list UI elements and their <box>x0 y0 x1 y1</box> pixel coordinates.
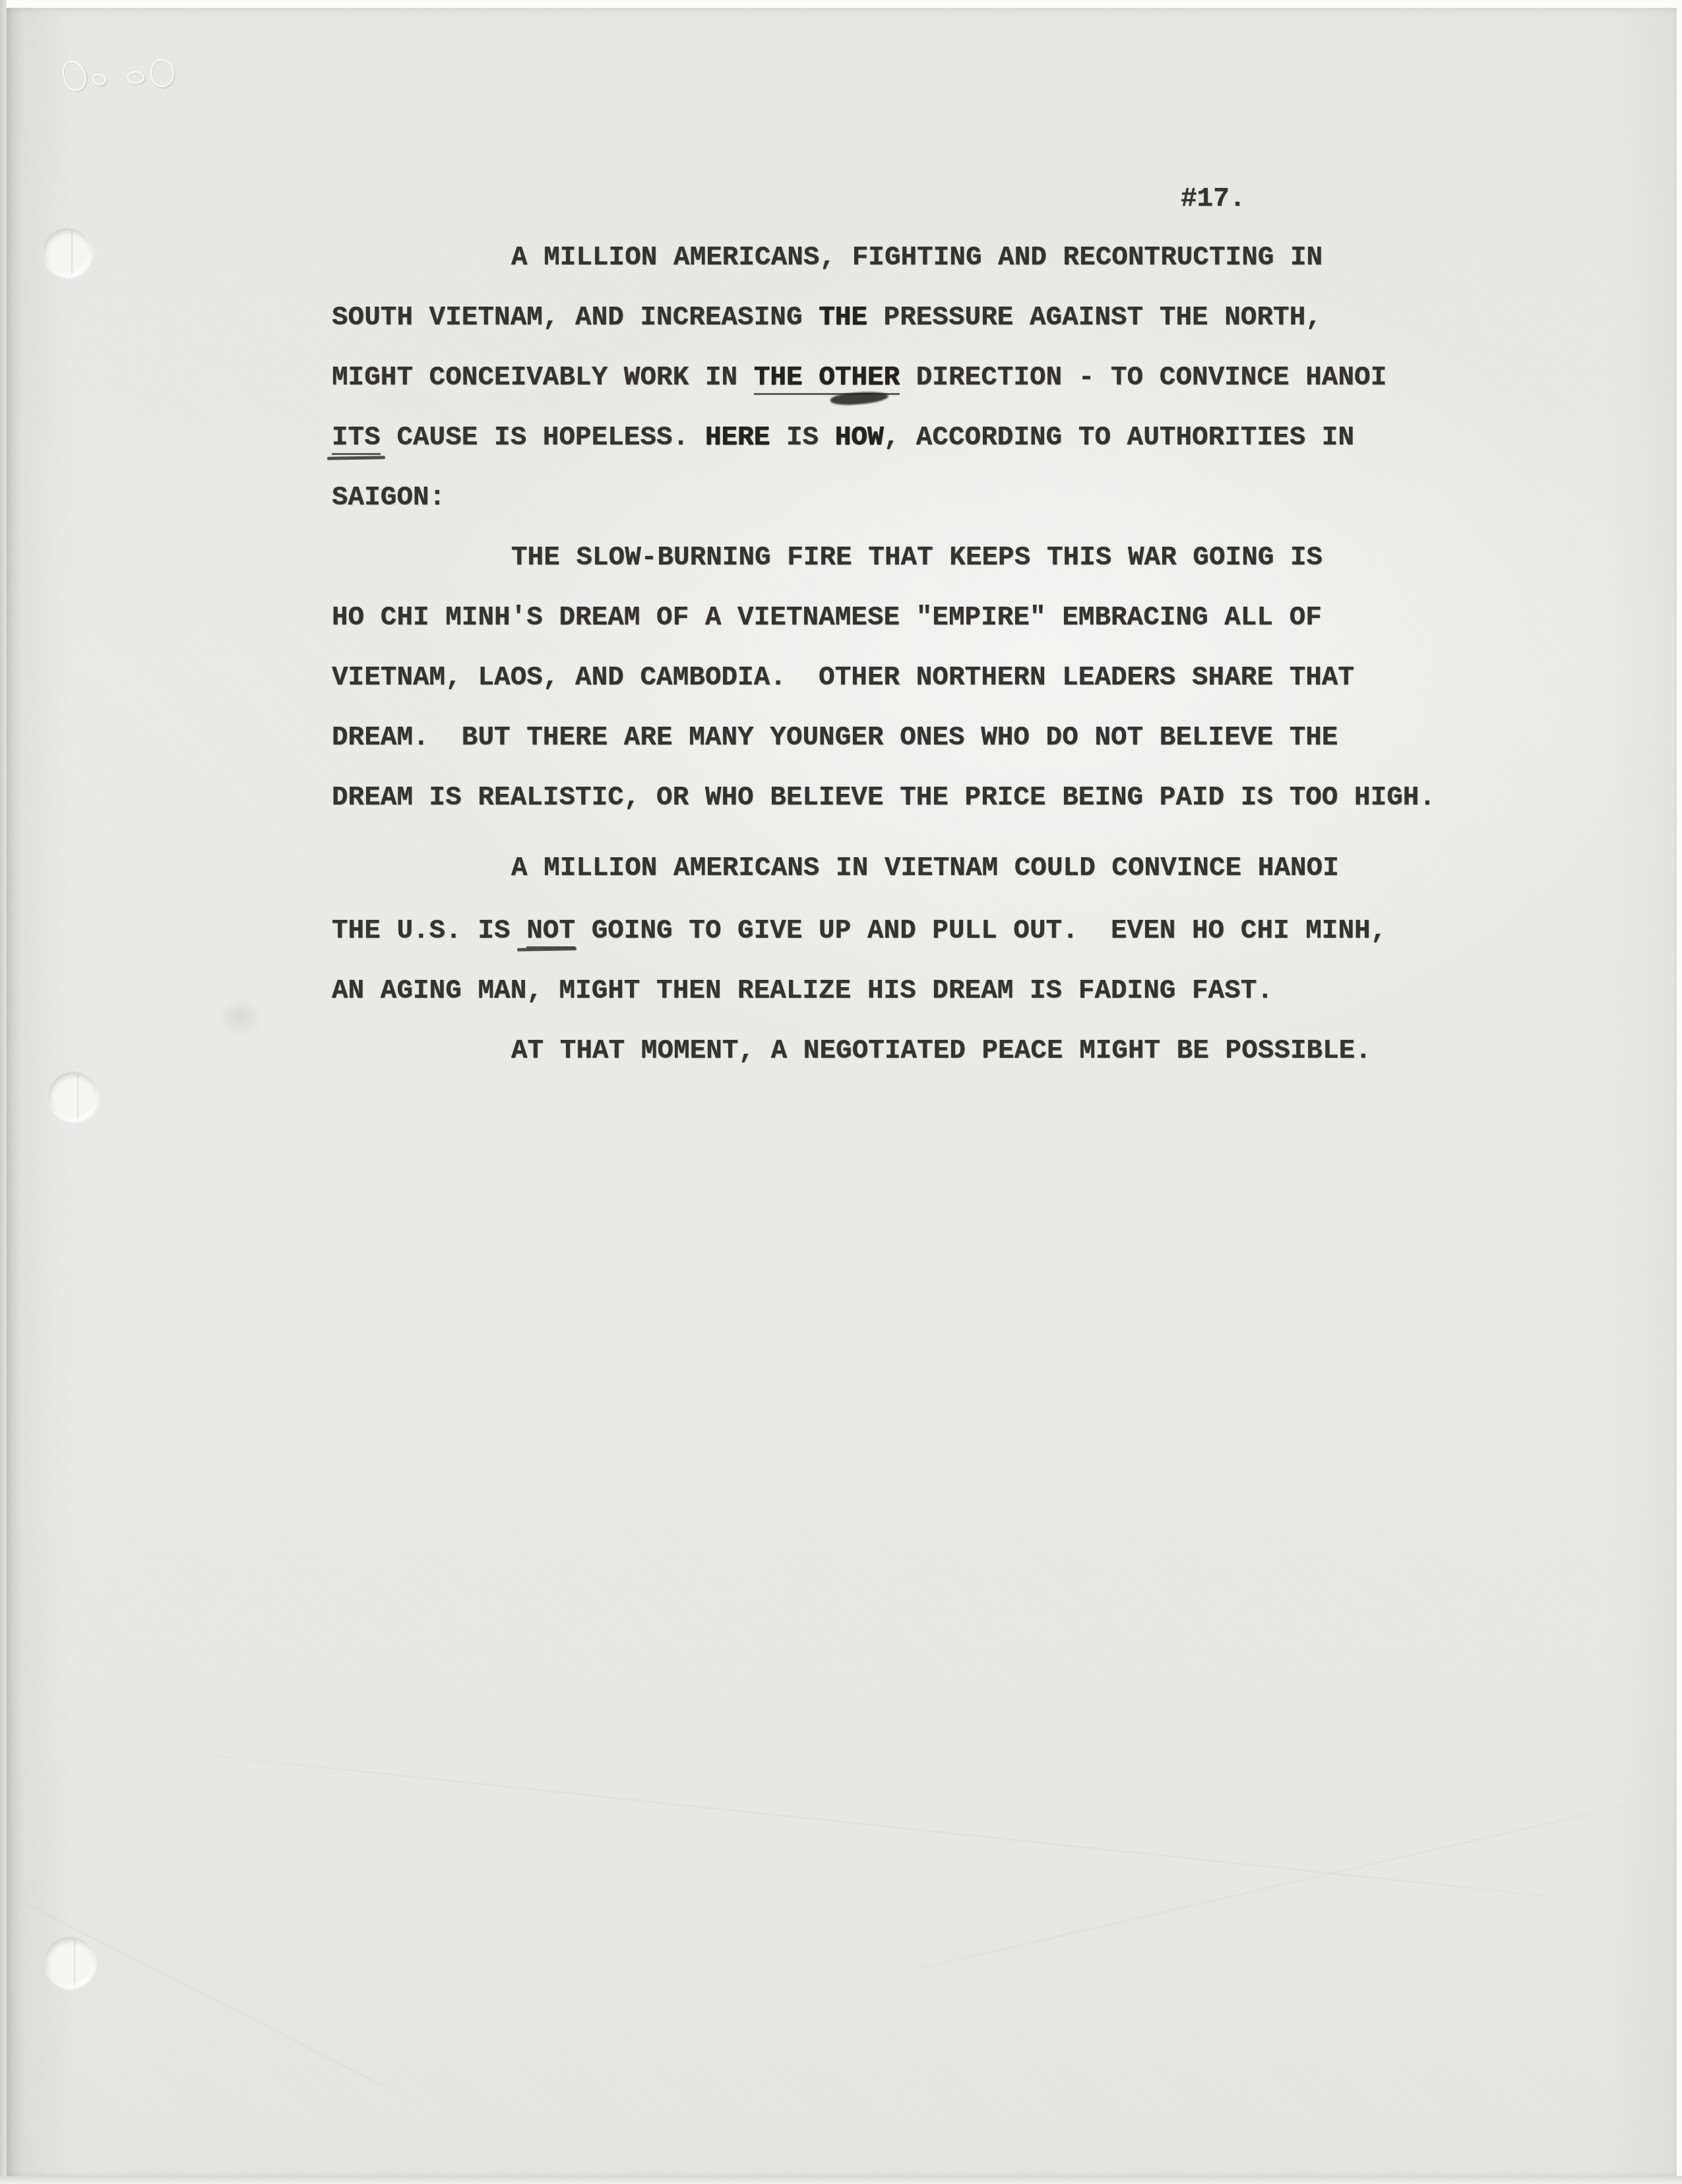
typescript-word-ul: ITS <box>332 423 381 455</box>
gray-smudge <box>216 997 264 1038</box>
typescript-text: AT THAT MOMENT, A NEGOTIATED PEACE MIGHT… <box>511 1036 1371 1066</box>
punch-hole <box>44 1937 96 1988</box>
typescript-text: MIGHT CONCEIVABLY WORK IN <box>332 363 754 393</box>
typescript-text: DREAM. BUT THERE ARE MANY YOUNGER ONES W… <box>332 723 1338 753</box>
typescript-text: , ACCORDING TO AUTHORITIES IN <box>884 423 1355 453</box>
typescript-line: SOUTH VIETNAM, AND INCREASING THE PRESSU… <box>332 305 1322 332</box>
typescript-text: VIETNAM, LAOS, AND CAMBODIA. OTHER NORTH… <box>332 663 1354 693</box>
typescript-text: IS <box>770 423 834 453</box>
typescript-text: SOUTH VIETNAM, AND INCREASING <box>332 303 819 333</box>
punch-hole <box>48 1072 98 1122</box>
typescript-line: DREAM. BUT THERE ARE MANY YOUNGER ONES W… <box>332 725 1338 752</box>
typescript-line: A MILLION AMERICANS IN VIETNAM COULD CON… <box>511 855 1339 882</box>
typescript-line: THE SLOW-BURNING FIRE THAT KEEPS THIS WA… <box>511 545 1323 572</box>
paper-sheet <box>7 8 1677 2180</box>
scan-left-edge-shadow <box>0 0 7 2184</box>
typescript-word-ul: NOT <box>526 916 575 948</box>
typescript-text: AN AGING MAN, MIGHT THEN REALIZE HIS DRE… <box>332 976 1273 1006</box>
typescript-line: SAIGON: <box>332 485 445 512</box>
typescript-word-heavy: HOW <box>835 423 884 453</box>
typescript-text: GOING TO GIVE UP AND PULL OUT. EVEN HO C… <box>575 916 1386 946</box>
typescript-text: PRESSURE AGAINST THE NORTH, <box>867 303 1322 333</box>
typescript-line: ITS CAUSE IS HOPELESS. HERE IS HOW, ACCO… <box>332 425 1354 452</box>
typescript-text: THE SLOW-BURNING FIRE THAT KEEPS THIS WA… <box>511 543 1323 573</box>
typescript-text: SAIGON: <box>332 483 445 513</box>
typescript-word-heavy-ul: THE OTHER <box>754 363 900 395</box>
typescript-text: THE U.S. IS <box>332 916 526 946</box>
typescript-line: AT THAT MOMENT, A NEGOTIATED PEACE MIGHT… <box>511 1038 1371 1065</box>
typescript-text: A MILLION AMERICANS, FIGHTING AND RECONT… <box>511 243 1323 273</box>
typescript-line: A MILLION AMERICANS, FIGHTING AND RECONT… <box>511 245 1323 272</box>
typescript-text: DREAM IS REALISTIC, OR WHO BELIEVE THE P… <box>332 783 1435 813</box>
typescript-line: DREAM IS REALISTIC, OR WHO BELIEVE THE P… <box>332 785 1435 812</box>
page-number: #17. <box>1181 186 1245 213</box>
typescript-text: A MILLION AMERICANS IN VIETNAM COULD CON… <box>511 853 1339 884</box>
typescript-text: CAUSE IS HOPELESS. <box>381 423 705 453</box>
typescript-word-heavy: HERE <box>705 423 770 453</box>
typescript-word-heavy: THE <box>819 303 867 333</box>
typescript-line: THE U.S. IS NOT GOING TO GIVE UP AND PUL… <box>332 918 1386 945</box>
typescript-line: AN AGING MAN, MIGHT THEN REALIZE HIS DRE… <box>332 978 1273 1005</box>
punch-hole <box>43 228 92 277</box>
typescript-text: DIRECTION - TO CONVINCE HANOI <box>900 363 1386 393</box>
scan-bottom-edge-shadow <box>0 2176 1682 2184</box>
scanned-document-page: #17. A MILLION AMERICANS, FIGHTING AND R… <box>0 0 1682 2184</box>
typescript-text: HO CHI MINH'S DREAM OF A VIETNAMESE "EMP… <box>332 603 1322 633</box>
typescript-line: VIETNAM, LAOS, AND CAMBODIA. OTHER NORTH… <box>332 665 1354 692</box>
typescript-line: MIGHT CONCEIVABLY WORK IN THE OTHER DIRE… <box>332 365 1386 392</box>
typescript-line: HO CHI MINH'S DREAM OF A VIETNAMESE "EMP… <box>332 605 1322 632</box>
